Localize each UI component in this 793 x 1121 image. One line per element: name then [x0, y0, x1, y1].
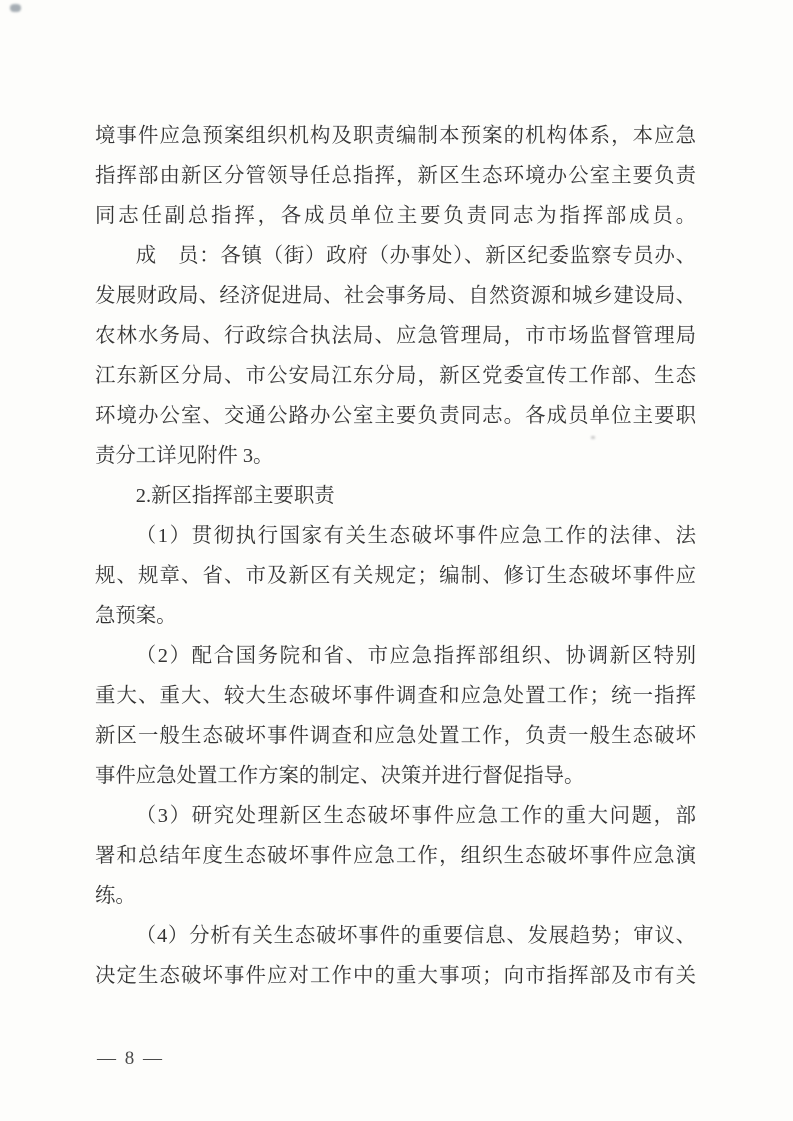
document-page: 境事件应急预案组织机构及职责编制本预案的机构体系，本应急指挥部由新区分管领导任总…	[0, 0, 793, 1121]
page-number: — 8 —	[97, 1048, 164, 1070]
text-line: 境事件应急预案组织机构及职责编制本预案的机构体系，本应急	[95, 116, 696, 156]
text-line: 同志任副总指挥，各成员单位主要负责同志为指挥部成员。	[95, 196, 696, 236]
text-line: （3）研究处理新区生态破坏事件应急工作的重大问题，部	[95, 796, 696, 836]
text-line: 发展财政局、经济促进局、社会事务局、自然资源和城乡建设局、	[95, 276, 696, 316]
text-line: 责分工详见附件 3。	[95, 436, 696, 476]
text-line: 急预案。	[95, 596, 696, 636]
text-line: 成 员：各镇（街）政府（办事处）、新区纪委监察专员办、	[95, 236, 696, 276]
text-line: 规、规章、省、市及新区有关规定；编制、修订生态破坏事件应	[95, 556, 696, 596]
text-line: （1）贯彻执行国家有关生态破坏事件应急工作的法律、法	[95, 516, 696, 556]
scan-artifact	[10, 4, 21, 12]
text-line: 重大、重大、较大生态破坏事件调查和应急处置工作；统一指挥	[95, 676, 696, 716]
text-line: 指挥部由新区分管领导任总指挥，新区生态环境办公室主要负责	[95, 156, 696, 196]
text-line: 2.新区指挥部主要职责	[95, 476, 696, 516]
text-line: 江东新区分局、市公安局江东分局，新区党委宣传工作部、生态	[95, 356, 696, 396]
text-line: 练。	[95, 876, 696, 916]
text-line: 环境办公室、交通公路办公室主要负责同志。各成员单位主要职	[95, 396, 696, 436]
text-line: 署和总结年度生态破坏事件应急工作，组织生态破坏事件应急演	[95, 836, 696, 876]
document-body: 境事件应急预案组织机构及职责编制本预案的机构体系，本应急指挥部由新区分管领导任总…	[95, 116, 696, 996]
text-line: 新区一般生态破坏事件调查和应急处置工作，负责一般生态破坏	[95, 716, 696, 756]
text-line: （2）配合国务院和省、市应急指挥部组织、协调新区特别	[95, 636, 696, 676]
text-line: 农林水务局、行政综合执法局、应急管理局，市市场监督管理局	[95, 316, 696, 356]
text-line: （4）分析有关生态破坏事件的重要信息、发展趋势；审议、	[95, 916, 696, 956]
text-line: 事件应急处置工作方案的制定、决策并进行督促指导。	[95, 756, 696, 796]
text-line: 决定生态破坏事件应对工作中的重大事项；向市指挥部及市有关	[95, 956, 696, 996]
